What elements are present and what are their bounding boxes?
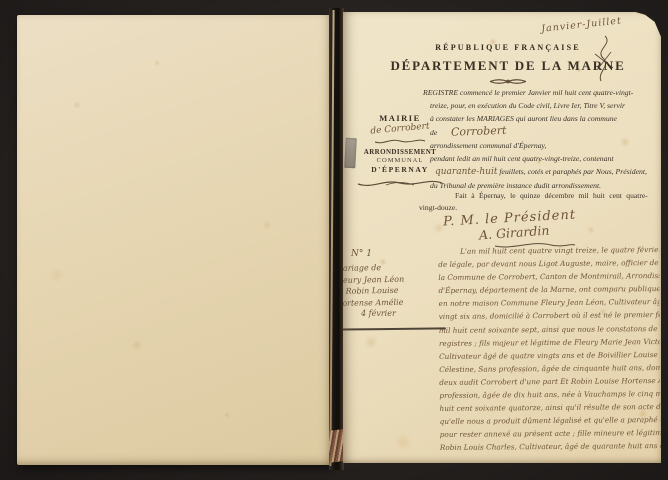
act-margin-date: 4 février	[361, 309, 396, 318]
republique-header: RÉPUBLIQUE FRANÇAISE	[383, 43, 633, 52]
handwritten-folio-count: quarante-huit	[435, 167, 497, 177]
spine-bottom-edge	[329, 429, 343, 463]
book-gutter	[329, 8, 344, 470]
book-scan: Janvier-Juillet RÉPUBLIQUE FRANÇAISE DÉP…	[0, 0, 668, 480]
act-body-line: vingt six ans, domicilié à Corrobert où …	[439, 309, 660, 324]
ornament-divider-icon	[489, 77, 527, 86]
registre-line: pendant ledit an mil huit cent quatre-vi…	[419, 152, 661, 165]
registre-line: arrondissement communal d'Épernay,	[419, 139, 661, 152]
act-margin-line: Hortense Amélie	[335, 296, 443, 309]
page-edge-sliver	[329, 10, 334, 466]
margin-rule	[334, 327, 446, 331]
register-page: Janvier-Juillet RÉPUBLIQUE FRANÇAISE DÉP…	[343, 12, 661, 463]
fait-line: Fait à Épernay, le quinze décembre mil h…	[419, 190, 661, 202]
act-body-line: Robin Louis Charles, Cultivateur, âgé de…	[440, 439, 661, 454]
tape-artifact	[344, 138, 357, 169]
registre-line: à constater les MARIAGES qui auront lieu…	[419, 112, 661, 125]
act-number: N° 1	[351, 249, 372, 259]
act-body-text: L'an mil huit cent quatre vingt treize, …	[438, 243, 661, 454]
left-blank-page	[17, 15, 331, 465]
departement-title: DÉPARTEMENT DE LA MARNE	[368, 58, 648, 74]
registre-line: treize, pour, en exécution du Code civil…	[419, 99, 661, 112]
archival-annotation: Janvier-Juillet	[541, 10, 668, 35]
act-margin-note: Mariage de Fleury Jean Léon et Robin Lou…	[335, 261, 444, 309]
registre-paragraph: REGISTRE commencé le premier Janvier mil…	[419, 86, 661, 192]
handwritten-commune-name: Corrobert	[437, 124, 507, 139]
registre-line: REGISTRE commencé le premier Janvier mil…	[419, 86, 661, 99]
registre-folio-text: feuillets, cotés et paraphés par Nous, P…	[499, 167, 647, 176]
registre-line: deCorrobert	[419, 125, 661, 139]
registre-line: quarante-huit feuillets, cotés et paraph…	[419, 165, 661, 179]
